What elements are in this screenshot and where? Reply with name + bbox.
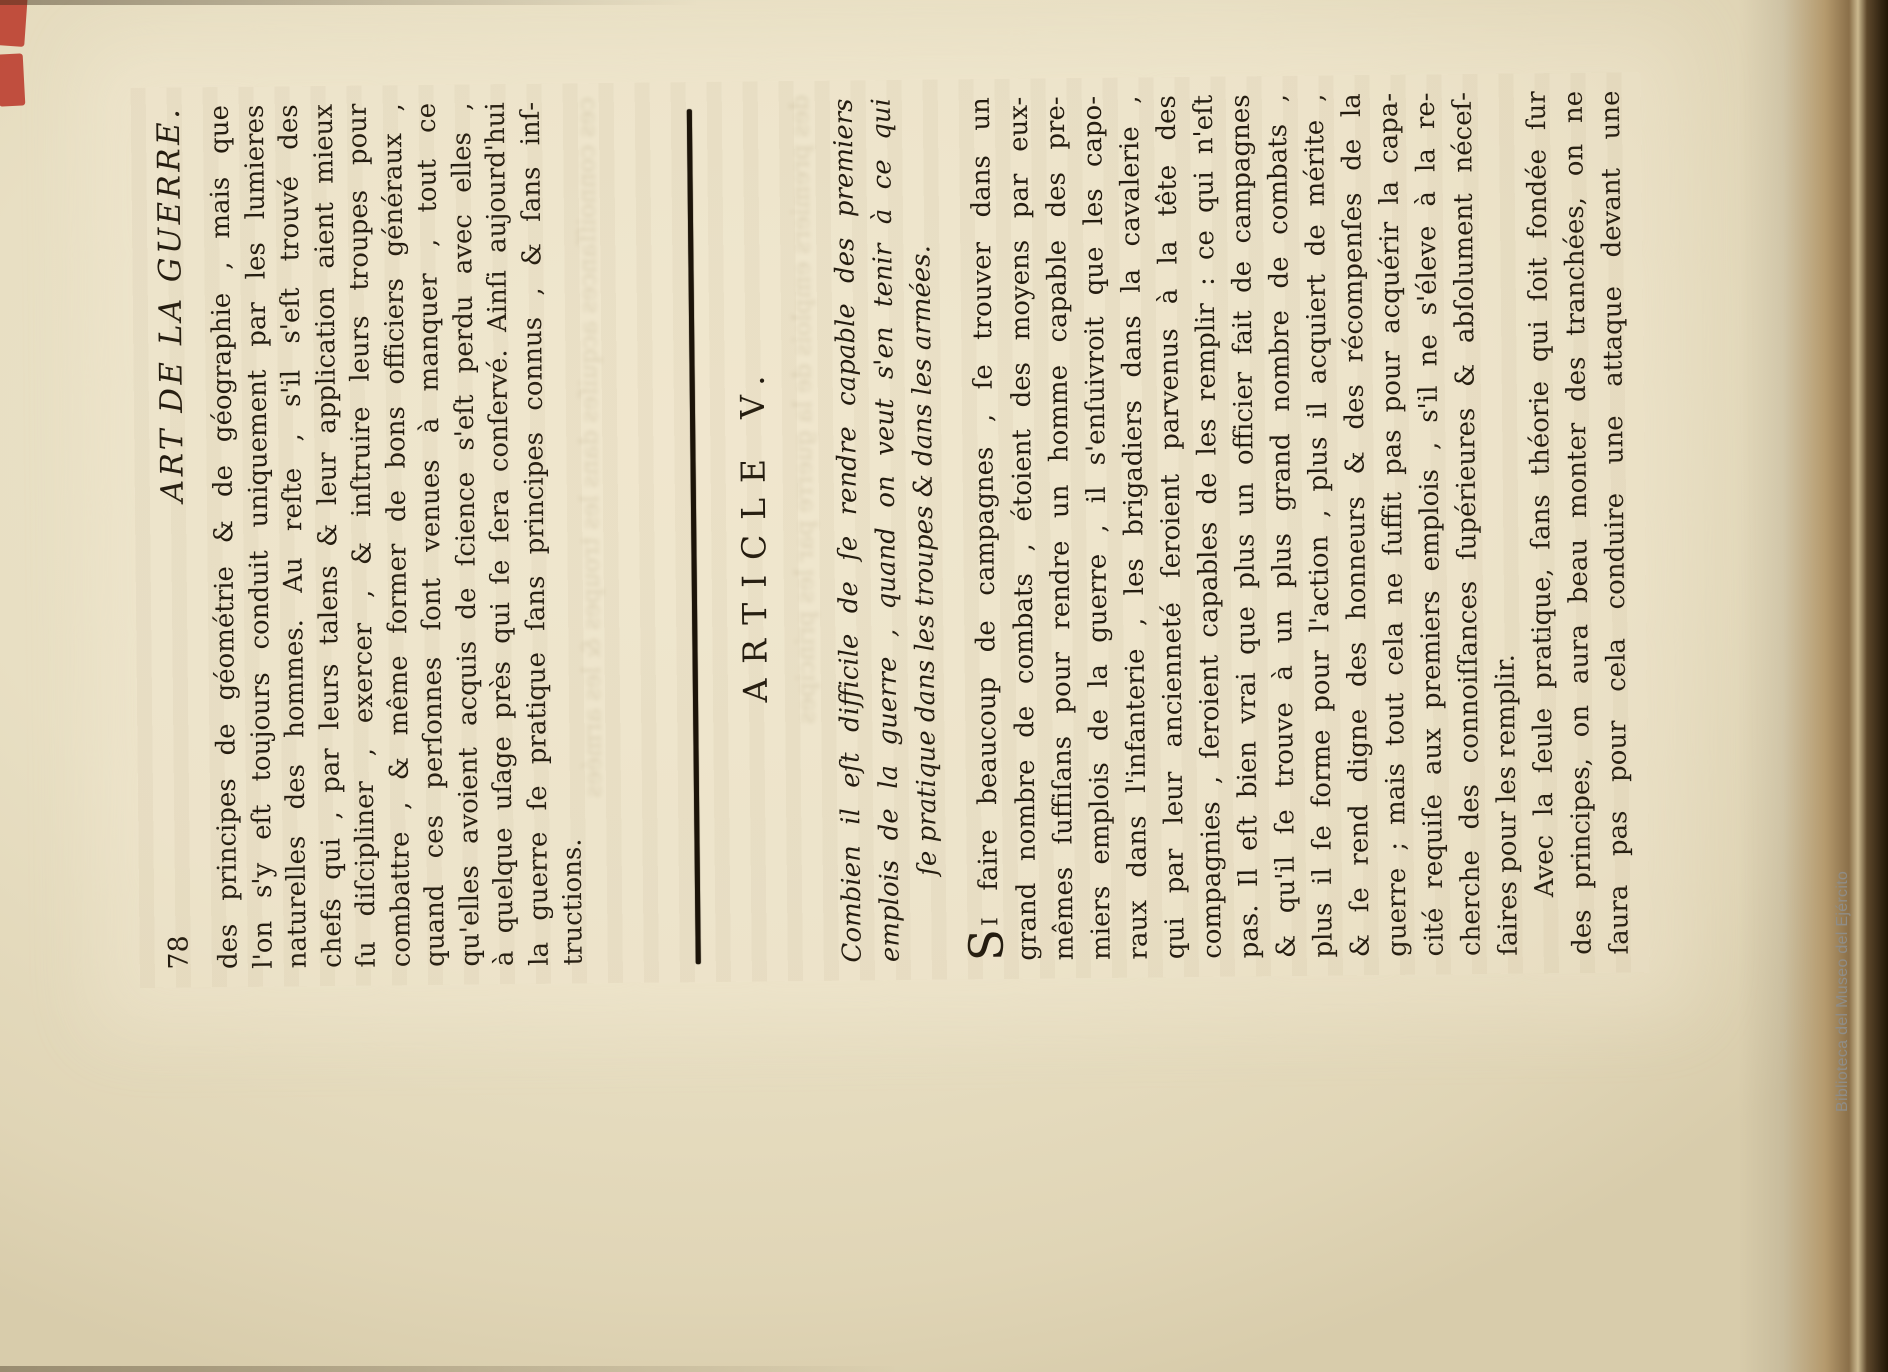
initial-capital: S — [959, 926, 1014, 962]
running-title: ART DE LA GUERRE. — [151, 105, 191, 502]
section-rule — [686, 109, 700, 964]
scan-edge-bottom — [0, 1366, 900, 1372]
page-content: 78 ART DE LA GUERRE. des principes de gé… — [131, 72, 1650, 988]
closing-paragraph: Avec la ſeule pratique, ſans théorie qui… — [1518, 72, 1638, 973]
paragraph-continuation: des principes de géométrie & de géograph… — [203, 84, 557, 988]
body-first-line-text: faire beaucoup de campagnes , ſe trouver… — [965, 97, 1003, 891]
book-edge-shadow — [1738, 0, 1888, 1372]
argument-last-line: ſe pratique dans les troupes & dans les … — [900, 80, 947, 894]
article-heading: ARTICLE V. — [729, 81, 777, 981]
body-lines: grand nombre de combats , étoient des mo… — [1000, 92, 1490, 961]
showthrough-ghost-text: des premiers emplois de la guerre par le… — [783, 95, 826, 967]
page-number: 78 — [163, 935, 194, 970]
red-ink-mark — [0, 0, 28, 47]
library-watermark: Biblioteca del Museo del Ejército — [1834, 812, 1852, 1112]
page-header: 78 ART DE LA GUERRE. — [151, 87, 196, 987]
initial-small-cap: I — [978, 915, 1003, 926]
scan-edge-top — [0, 0, 700, 5]
red-ink-mark — [0, 53, 25, 106]
argument-paragraph: Combien il eſt difficile de ſe rendre ca… — [824, 80, 909, 981]
scanned-book-page: 78 ART DE LA GUERRE. des principes de gé… — [0, 0, 1888, 1372]
body-paragraph: SI faire beaucoup de campagnes , ſe trou… — [962, 74, 1527, 980]
